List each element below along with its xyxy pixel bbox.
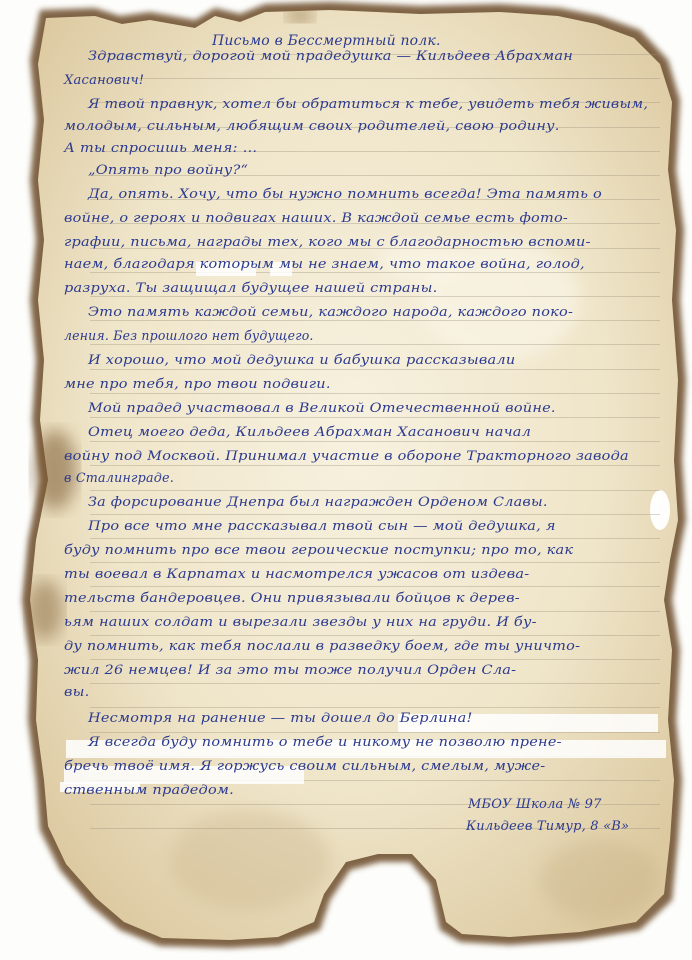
letter-line: ления. Без прошлого нет будущего. xyxy=(64,330,314,343)
letter-line: жил 26 немцев! И за это ты тоже получил … xyxy=(64,664,516,677)
letter-line: Хасанович! xyxy=(64,74,144,87)
letter-line: Да, опять. Хочу, что бы нужно помнить вс… xyxy=(88,188,602,201)
letter-line: Про все что мне рассказывал твой сын — м… xyxy=(88,520,556,533)
letter-line: войну под Москвой. Принимал участие в об… xyxy=(64,450,629,463)
letter-line: буду помнить про все твои героические по… xyxy=(64,544,573,557)
letter-line: вы. xyxy=(64,686,90,699)
letter-line: А ты спросишь меня: … xyxy=(64,142,257,155)
letter-line: „Опять про войну?“ xyxy=(88,164,248,177)
letter-line: в Сталинграде. xyxy=(64,472,174,485)
letter-line: ты воевал в Карпатах и насмотрелся ужасо… xyxy=(64,568,529,581)
letter-line: наем, благодаря которым мы не знаем, что… xyxy=(64,258,585,271)
signature-author: Кильдеев Тимур, 8 «В» xyxy=(466,820,629,833)
letter-line: Я твой правнук, хотел бы обратиться к те… xyxy=(88,98,648,111)
letter-line: Несмотря на ранение — ты дошел до Берлин… xyxy=(88,712,472,725)
letter-line: За форсирование Днепра был награжден Орд… xyxy=(88,496,548,509)
letter-line: ственным прадедом. xyxy=(64,784,234,797)
letter-line: молодым, сильным, любящим своих родителе… xyxy=(64,120,560,133)
letter-line: Отец моего деда, Кильдеев Абрахман Хасан… xyxy=(88,426,531,439)
letter-line: И хорошо, что мой дедушка и бабушка расс… xyxy=(88,354,515,367)
signature-school: МБОУ Школа № 97 xyxy=(468,798,602,811)
letter-line: Это память каждой семьи, каждого народа,… xyxy=(88,306,573,319)
letter-line: бречь твоё имя. Я горжусь своим сильным,… xyxy=(64,760,545,773)
letter-line: тельств бандеровцев. Они привязывали бой… xyxy=(64,592,520,605)
letter-line: Здравствуй, дорогой мой прадедушка — Кил… xyxy=(88,50,573,63)
letter-line: разруха. Ты защищал будущее нашей страны… xyxy=(64,282,437,295)
letter-line: Я всегда буду помнить о тебе и никому не… xyxy=(88,736,562,749)
letter-title: Письмо в Бессмертный полк. xyxy=(212,34,441,48)
letter-line: Мой прадед участвовал в Великой Отечеств… xyxy=(88,402,556,415)
letter-line: мне про тебя, про твои подвиги. xyxy=(64,378,331,391)
letter-page: Письмо в Бессмертный полк. Здравствуй, д… xyxy=(0,0,692,960)
letter-line: войне, о героях и подвигах наших. В кажд… xyxy=(64,212,568,225)
letter-line: ьям наших солдат и вырезали звезды у них… xyxy=(64,616,537,629)
letter-line: ду помнить, как тебя послали в разведку … xyxy=(64,640,580,653)
letter-line: графии, письма, награды тех, кого мы с б… xyxy=(64,236,591,249)
